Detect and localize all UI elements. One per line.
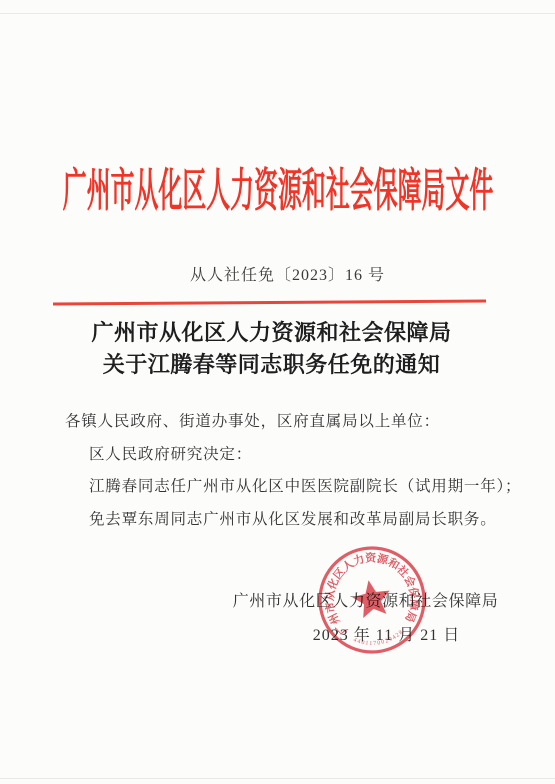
scan-edge-bottom	[0, 778, 555, 779]
salutation-line: 各镇人民政府、街道办事处，区府直属局以上单位：	[65, 406, 525, 439]
scan-edge-top	[0, 13, 555, 14]
masthead: 广州市从化区人力资源和社会保障局文件	[0, 157, 555, 217]
body-paragraph-1: 区人民政府研究决定：	[65, 439, 525, 472]
document-body: 各镇人民政府、街道办事处，区府直属局以上单位： 区人民政府研究决定： 江腾春同志…	[65, 406, 525, 536]
body-paragraph-2: 江腾春同志任广州市从化区中医医院副院长（试用期一年）；	[65, 471, 525, 504]
subject-line-1: 广州市从化区人力资源和社会保障局	[0, 317, 549, 349]
document-subject: 广州市从化区人力资源和社会保障局 关于江腾春等同志职务任免的通知	[0, 317, 549, 381]
masthead-title: 广州市从化区人力资源和社会保障局文件	[62, 154, 493, 220]
document-page: 广州市从化区人力资源和社会保障局文件 从人社任免〔2023〕16 号 广州市从化…	[0, 0, 555, 784]
seal-code: 4401170029428	[351, 628, 406, 651]
subject-line-2: 关于江腾春等同志职务任免的通知	[0, 349, 549, 381]
body-paragraph-3: 免去覃东周同志广州市从化区发展和改革局副局长职务。	[65, 504, 525, 537]
red-divider-line	[53, 299, 486, 305]
star-icon	[350, 577, 394, 619]
document-number: 从人社任免〔2023〕16 号	[10, 262, 555, 285]
official-seal: 广州市从化区人力资源和社会保障局 4401170029428	[302, 530, 441, 669]
